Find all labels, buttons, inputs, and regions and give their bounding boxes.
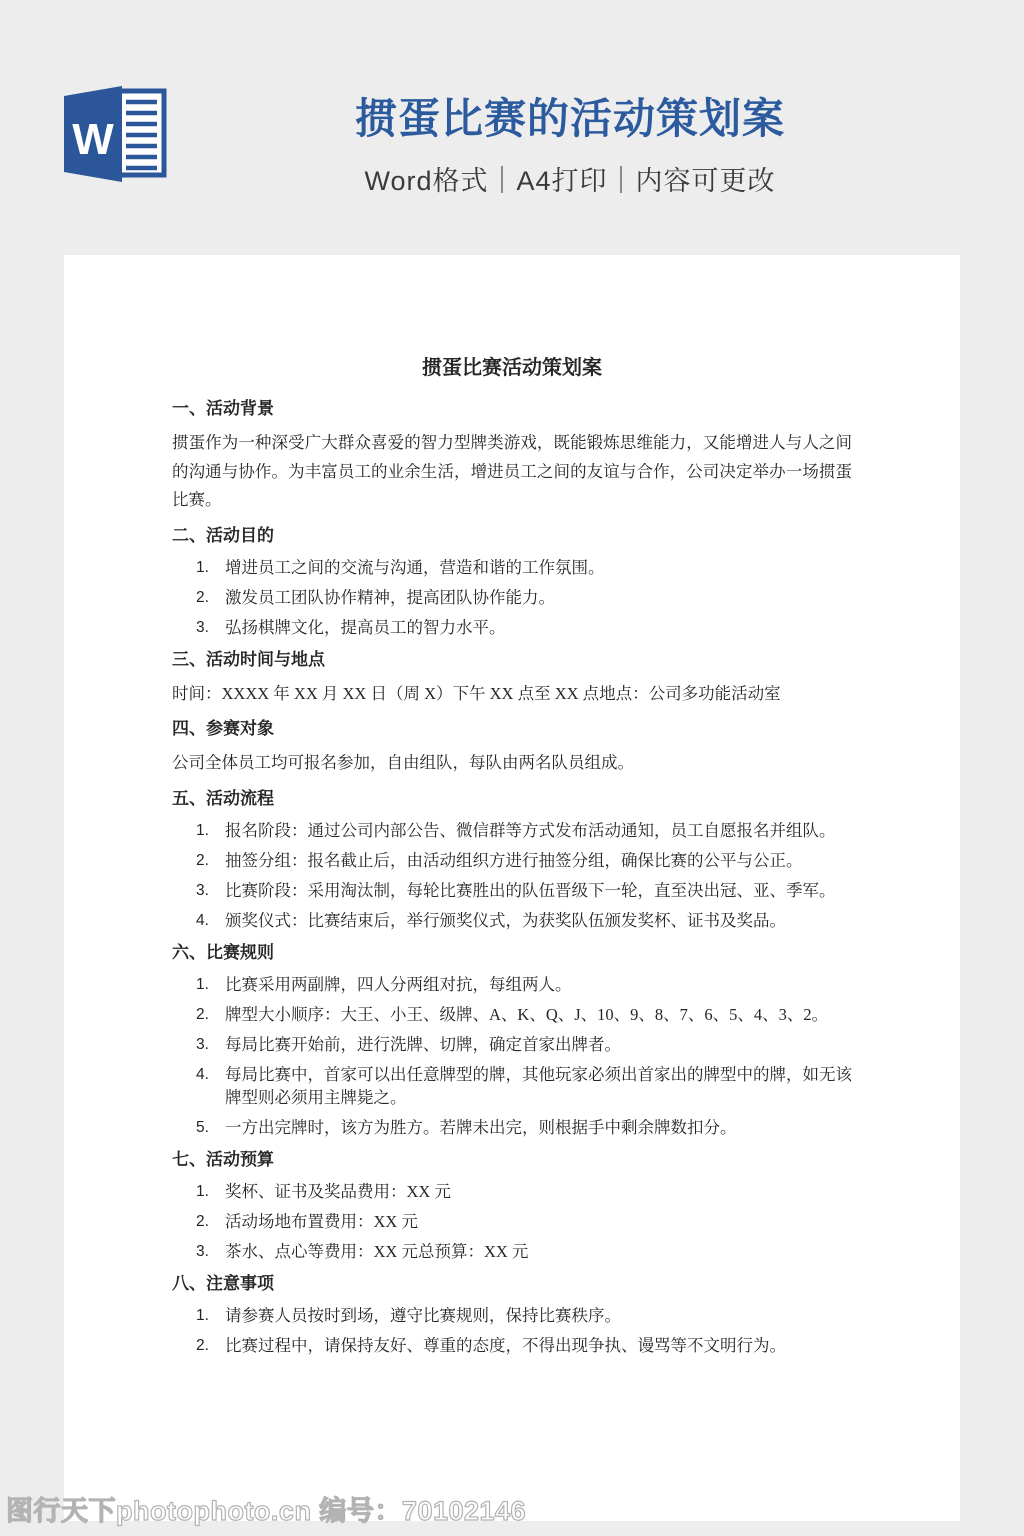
list-item: 2.活动场地布置费用：XX 元 xyxy=(172,1210,852,1233)
list-item-number: 1. xyxy=(196,1180,225,1203)
list-item-number: 3. xyxy=(196,879,225,902)
template-title: 掼蛋比赛的活动策划案 xyxy=(116,86,1024,146)
list-item-text: 比赛阶段：采用淘汰制，每轮比赛胜出的队伍晋级下一轮，直至决出冠、亚、季军。 xyxy=(225,879,852,902)
document-page: 掼蛋比赛活动策划案 一、活动背景掼蛋作为一种深受广大群众喜爱的智力型牌类游戏，既… xyxy=(64,255,960,1521)
list-item-text: 抽签分组：报名截止后，由活动组织方进行抽签分组，确保比赛的公平与公正。 xyxy=(225,849,852,872)
list-item-text: 一方出完牌时，该方为胜方。若牌未出完，则根据手中剩余牌数扣分。 xyxy=(225,1116,852,1139)
list-item-text: 颁奖仪式：比赛结束后，举行颁奖仪式，为获奖队伍颁发奖杯、证书及奖品。 xyxy=(225,909,852,932)
section-heading: 七、活动预算 xyxy=(172,1148,852,1172)
list-item-text: 比赛过程中，请保持友好、尊重的态度，不得出现争执、谩骂等不文明行为。 xyxy=(225,1334,852,1357)
section-paragraph: 时间：XXXX 年 XX 月 XX 日（周 X）下午 XX 点至 XX 点地点：… xyxy=(172,680,852,709)
list-item-number: 5. xyxy=(196,1116,225,1139)
document-sections: 一、活动背景掼蛋作为一种深受广大群众喜爱的智力型牌类游戏，既能锻炼思维能力，又能… xyxy=(172,397,852,1357)
document-title: 掼蛋比赛活动策划案 xyxy=(172,355,852,381)
list-item-number: 4. xyxy=(196,909,225,932)
list-item: 4.颁奖仪式：比赛结束后，举行颁奖仪式，为获奖队伍颁发奖杯、证书及奖品。 xyxy=(172,909,852,932)
section-heading: 三、活动时间与地点 xyxy=(172,648,852,672)
list-item-number: 3. xyxy=(196,616,225,639)
list-item: 3.茶水、点心等费用：XX 元总预算：XX 元 xyxy=(172,1240,852,1263)
section-heading: 六、比赛规则 xyxy=(172,941,852,965)
section-heading: 八、注意事项 xyxy=(172,1272,852,1296)
watermark-text: 图行天下photophoto.cn 编号：70102146 xyxy=(6,1489,526,1528)
list-item-text: 牌型大小顺序：大王、小王、级牌、A、K、Q、J、10、9、8、7、6、5、4、3… xyxy=(225,1003,852,1026)
list-item: 1.奖杯、证书及奖品费用：XX 元 xyxy=(172,1180,852,1203)
list-item: 4.每局比赛中，首家可以出任意牌型的牌，其他玩家必须出首家出的牌型中的牌，如无该… xyxy=(172,1063,852,1109)
template-subtitle: Word格式｜A4打印｜内容可更改 xyxy=(116,159,1024,198)
list-item: 2.激发员工团队协作精神，提高团队协作能力。 xyxy=(172,586,852,609)
list-item-text: 请参赛人员按时到场，遵守比赛规则，保持比赛秩序。 xyxy=(225,1304,852,1327)
list-item: 3.每局比赛开始前，进行洗牌、切牌，确定首家出牌者。 xyxy=(172,1033,852,1056)
word-logo-letter: W xyxy=(72,115,114,164)
list-item: 2.比赛过程中，请保持友好、尊重的态度，不得出现争执、谩骂等不文明行为。 xyxy=(172,1334,852,1357)
list-item-number: 2. xyxy=(196,586,225,609)
section-paragraph: 公司全体员工均可报名参加，自由组队，每队由两名队员组成。 xyxy=(172,749,852,778)
list-item-number: 2. xyxy=(196,1334,225,1357)
list-item-number: 3. xyxy=(196,1240,225,1263)
list-item-number: 2. xyxy=(196,1210,225,1233)
list-item: 3.弘扬棋牌文化，提高员工的智力水平。 xyxy=(172,616,852,639)
list-item: 3.比赛阶段：采用淘汰制，每轮比赛胜出的队伍晋级下一轮，直至决出冠、亚、季军。 xyxy=(172,879,852,902)
section-paragraph: 掼蛋作为一种深受广大群众喜爱的智力型牌类游戏，既能锻炼思维能力，又能增进人与人之… xyxy=(172,429,852,515)
list-item-text: 增进员工之间的交流与沟通，营造和谐的工作氛围。 xyxy=(225,556,852,579)
list-item: 2.抽签分组：报名截止后，由活动组织方进行抽签分组，确保比赛的公平与公正。 xyxy=(172,849,852,872)
list-item-text: 每局比赛开始前，进行洗牌、切牌，确定首家出牌者。 xyxy=(225,1033,852,1056)
list-item-number: 2. xyxy=(196,1003,225,1026)
list-item: 1.比赛采用两副牌，四人分两组对抗，每组两人。 xyxy=(172,973,852,996)
page-background: W 掼蛋比赛的活动策划案 Word格式｜A4打印｜内容可更改 掼蛋比赛活动策划案… xyxy=(0,0,1024,1536)
list-item: 1.报名阶段：通过公司内部公告、微信群等方式发布活动通知，员工自愿报名并组队。 xyxy=(172,819,852,842)
list-item: 5.一方出完牌时，该方为胜方。若牌未出完，则根据手中剩余牌数扣分。 xyxy=(172,1116,852,1139)
list-item-text: 激发员工团队协作精神，提高团队协作能力。 xyxy=(225,586,852,609)
list-item-number: 4. xyxy=(196,1063,225,1086)
list-item-number: 2. xyxy=(196,849,225,872)
list-item: 1.请参赛人员按时到场，遵守比赛规则，保持比赛秩序。 xyxy=(172,1304,852,1327)
section-heading: 二、活动目的 xyxy=(172,524,852,548)
section-heading: 一、活动背景 xyxy=(172,397,852,421)
list-item-text: 奖杯、证书及奖品费用：XX 元 xyxy=(225,1180,852,1203)
list-item-text: 茶水、点心等费用：XX 元总预算：XX 元 xyxy=(225,1240,852,1263)
header: 掼蛋比赛的活动策划案 Word格式｜A4打印｜内容可更改 xyxy=(116,86,1024,198)
list-item-number: 1. xyxy=(196,973,225,996)
list-item-text: 比赛采用两副牌，四人分两组对抗，每组两人。 xyxy=(225,973,852,996)
section-heading: 五、活动流程 xyxy=(172,787,852,811)
list-item-number: 1. xyxy=(196,556,225,579)
list-item-text: 报名阶段：通过公司内部公告、微信群等方式发布活动通知，员工自愿报名并组队。 xyxy=(225,819,852,842)
list-item-text: 活动场地布置费用：XX 元 xyxy=(225,1210,852,1233)
list-item-number: 1. xyxy=(196,819,225,842)
list-item-number: 1. xyxy=(196,1304,225,1327)
section-heading: 四、参赛对象 xyxy=(172,717,852,741)
list-item-text: 弘扬棋牌文化，提高员工的智力水平。 xyxy=(225,616,852,639)
list-item-text: 每局比赛中，首家可以出任意牌型的牌，其他玩家必须出首家出的牌型中的牌，如无该牌型… xyxy=(225,1063,852,1109)
list-item: 1.增进员工之间的交流与沟通，营造和谐的工作氛围。 xyxy=(172,556,852,579)
list-item: 2.牌型大小顺序：大王、小王、级牌、A、K、Q、J、10、9、8、7、6、5、4… xyxy=(172,1003,852,1026)
list-item-number: 3. xyxy=(196,1033,225,1056)
